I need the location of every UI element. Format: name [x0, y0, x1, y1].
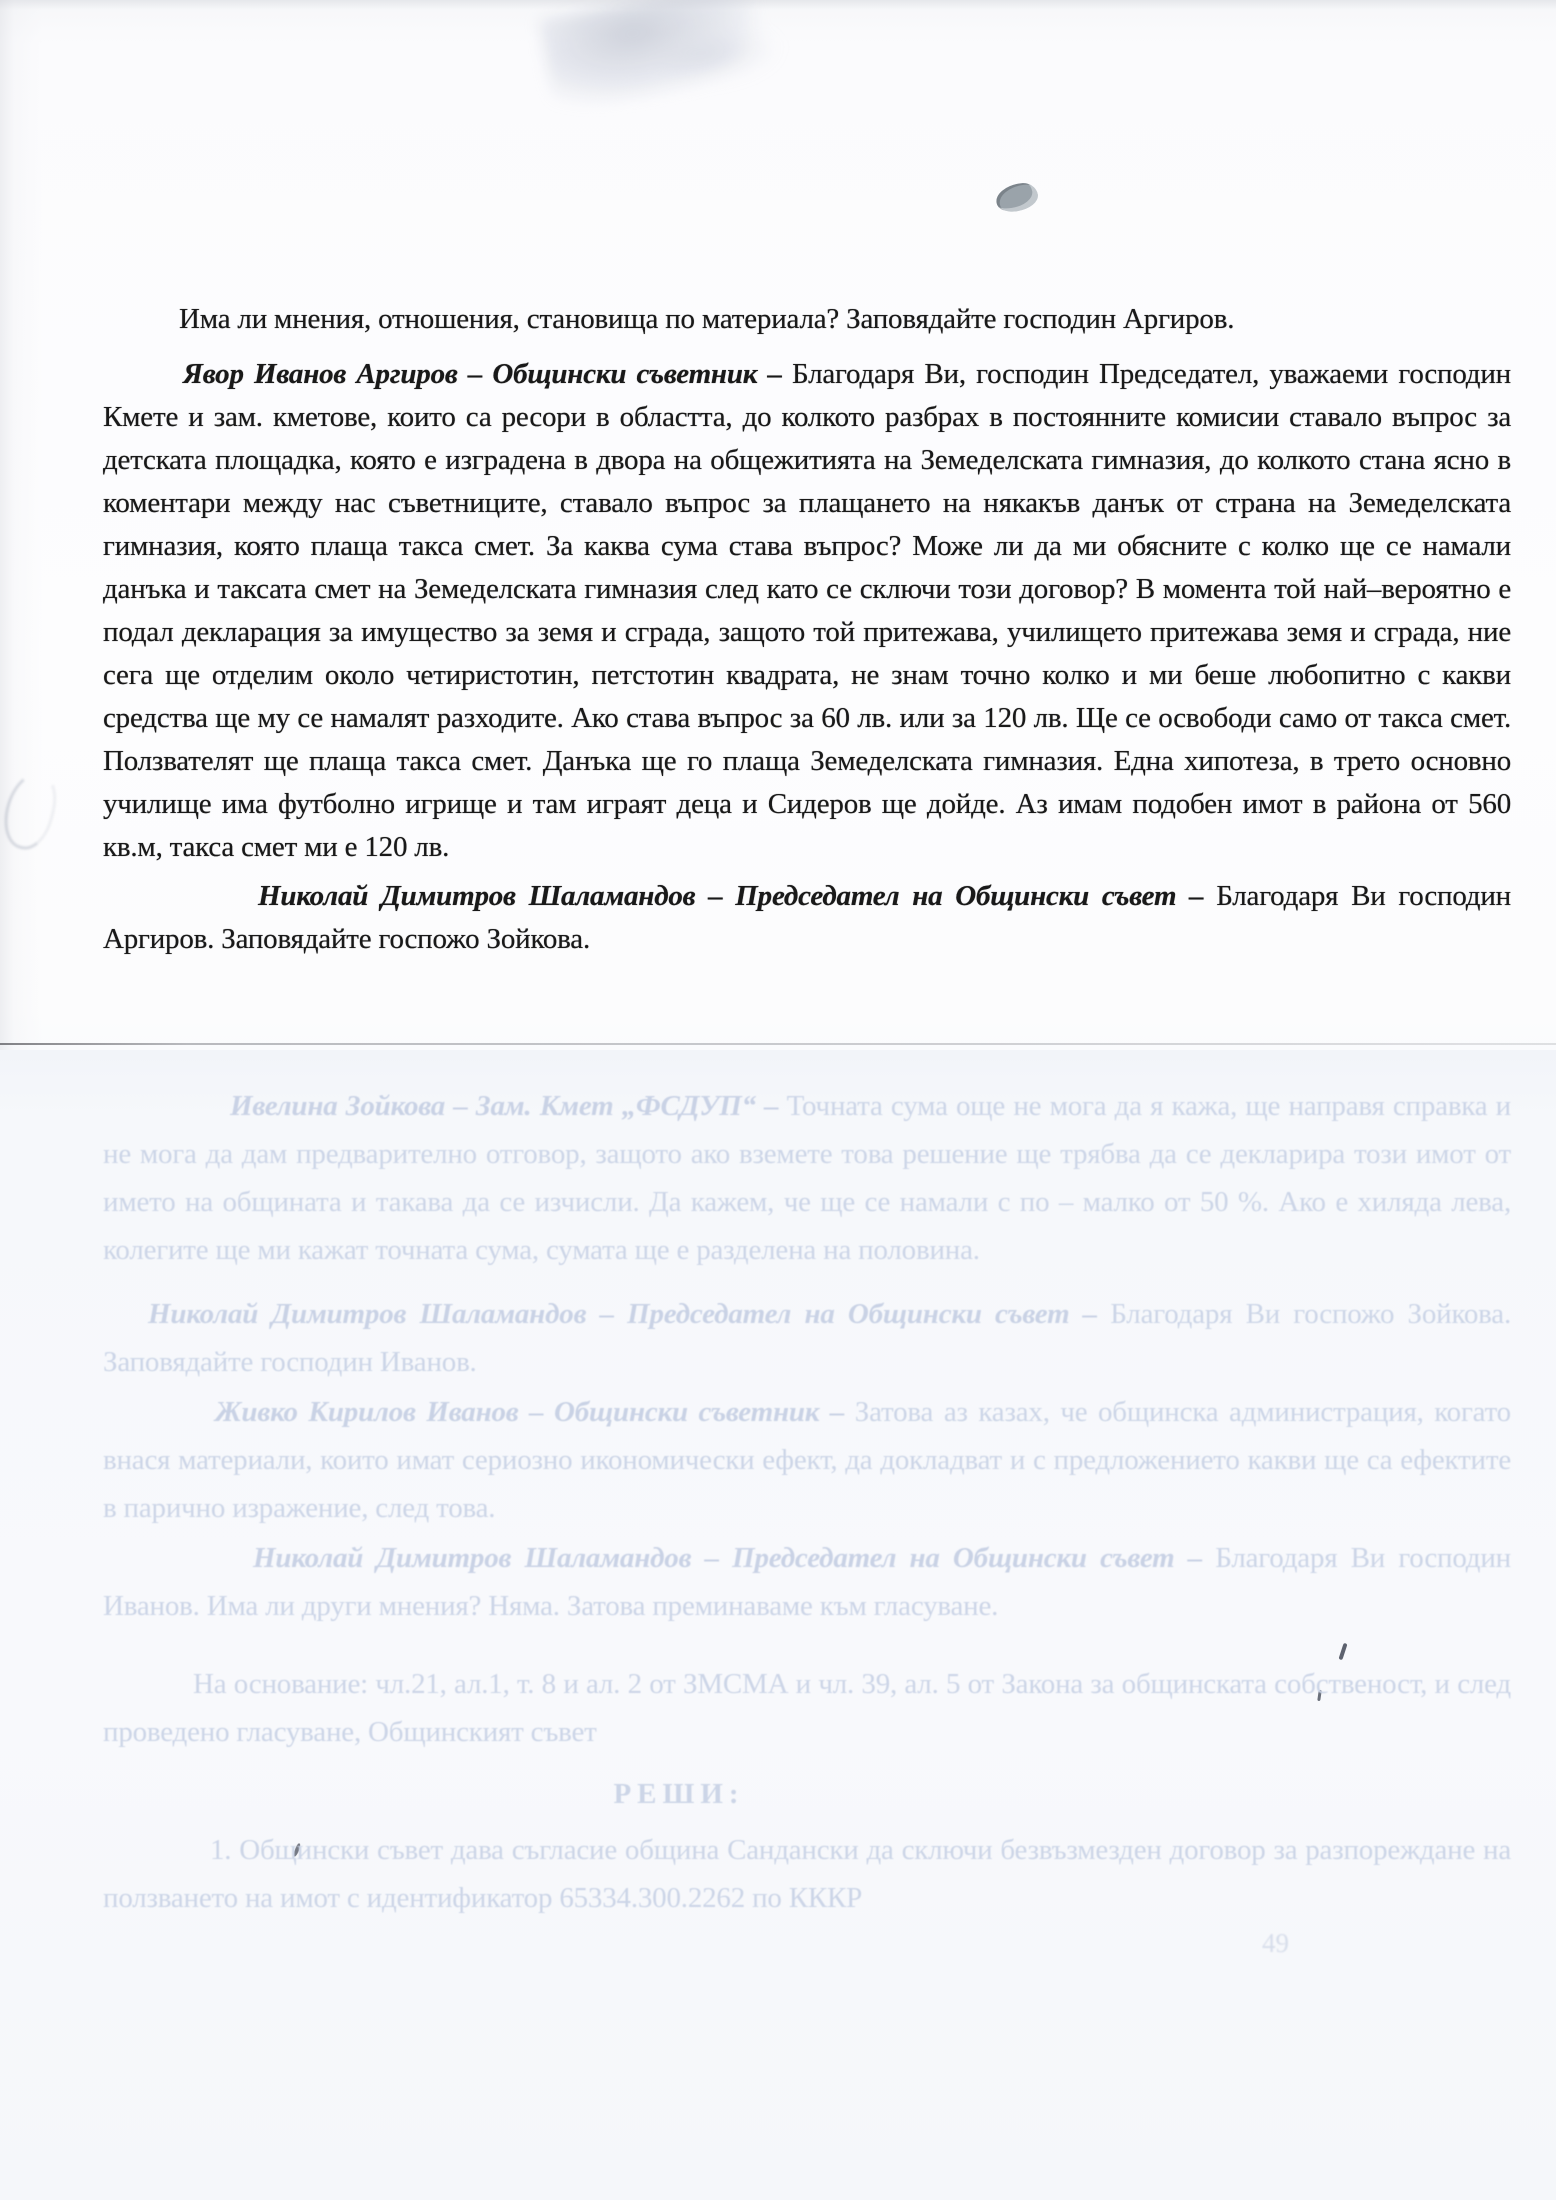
- speaker-name: Явор Иванов Аргиров – Общински съветник …: [183, 358, 782, 390]
- page-seam-line: [0, 1043, 1556, 1045]
- faded-paragraph-decision-1: 1. Общински съвет дава съгласие община С…: [103, 1826, 1511, 1922]
- resolution-heading-text: РЕШИ:: [613, 1778, 744, 1810]
- resolution-heading: РЕШИ:: [0, 1770, 1383, 1818]
- speaker-name: Николай Димитров Шаламандов – Председате…: [258, 880, 1203, 912]
- paragraph-text: Има ли мнения, отношения, становища по м…: [179, 303, 1234, 335]
- paragraph-text: На основание: чл.21, ал.1, т. 8 и ал. 2 …: [103, 1668, 1511, 1748]
- paragraph-chairman-reply: Николай Димитров Шаламандов – Председате…: [103, 875, 1511, 961]
- meeting-minutes-text: Има ли мнения, отношения, становища по м…: [103, 298, 1511, 961]
- speaker-name: Живко Кирилов Иванов – Общински съветник…: [215, 1396, 844, 1428]
- speaker-name: Ивелина Зойкова – Зам. Кмет „ФСДУП“ –: [230, 1090, 778, 1122]
- faded-paragraph-chairman-2: Николай Димитров Шаламандов – Председате…: [103, 1534, 1511, 1630]
- faded-paragraph-zoykova: Ивелина Зойкова – Зам. Кмет „ФСДУП“ – То…: [103, 1082, 1511, 1274]
- scan-smudge: [538, 0, 766, 113]
- paragraph-text: Благодаря Ви, господин Председател, уваж…: [103, 358, 1511, 863]
- paragraph-chair-question: Има ли мнения, отношения, становища по м…: [103, 298, 1511, 341]
- faded-paragraph-ivanov: Живко Кирилов Иванов – Общински съветник…: [103, 1388, 1511, 1532]
- paragraph-argirov-statement: Явор Иванов Аргиров – Общински съветник …: [103, 353, 1511, 869]
- faded-paragraph-chairman: Николай Димитров Шаламандов – Председате…: [103, 1290, 1511, 1386]
- scanned-page: Има ли мнения, отношения, становища по м…: [0, 0, 1556, 2200]
- pencil-mark: [0, 767, 63, 854]
- page-number: 49: [1262, 1928, 1289, 1959]
- faded-paragraph-legal-basis: На основание: чл.21, ал.1, т. 8 и ал. 2 …: [103, 1660, 1511, 1756]
- ink-blob: [994, 181, 1040, 214]
- speaker-name: Николай Димитров Шаламандов – Председате…: [148, 1298, 1097, 1330]
- speaker-name: Николай Димитров Шаламандов – Председате…: [253, 1542, 1202, 1574]
- paragraph-text: 1. Общински съвет дава съгласие община С…: [103, 1834, 1511, 1914]
